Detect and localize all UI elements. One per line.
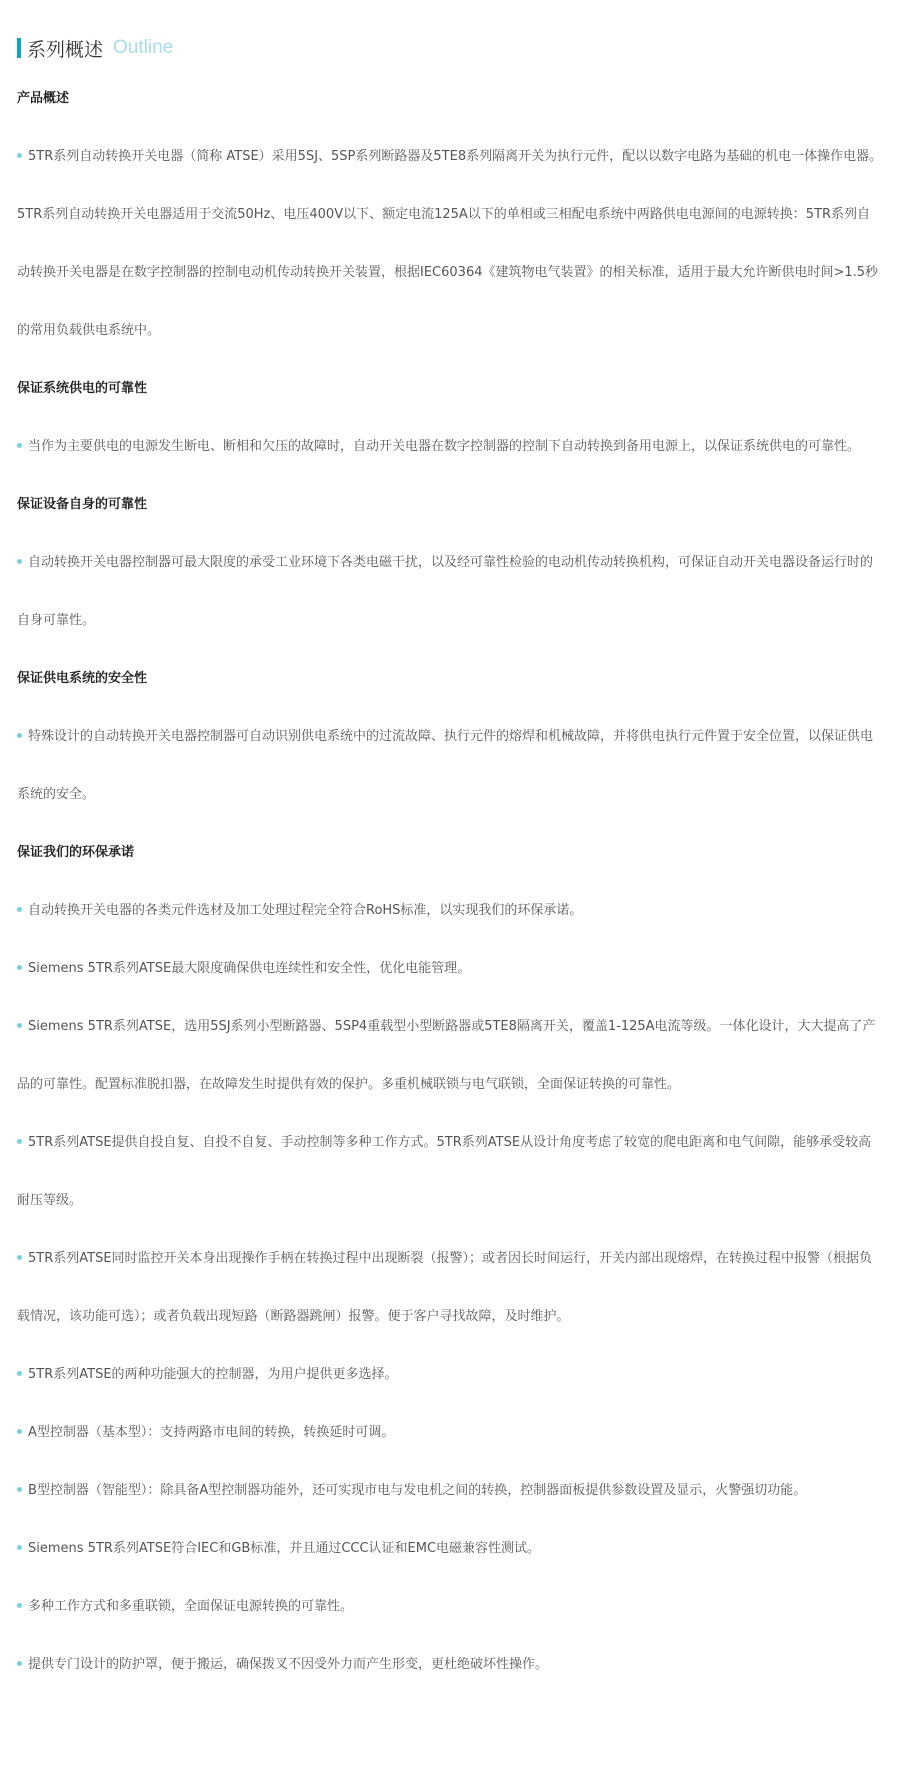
paragraph: 当作为主要供电的电源发生断电、断相和欠压的故障时，自动开关电器在数字控制器的控制… xyxy=(17,418,883,476)
bullet-icon xyxy=(17,907,22,912)
bullet-icon xyxy=(17,1545,22,1550)
bullet-icon xyxy=(17,153,22,158)
bullet-icon xyxy=(17,1661,22,1666)
paragraph: B型控制器（智能型）：除具备A型控制器功能外，还可实现市电与发电机之间的转换，控… xyxy=(17,1462,883,1520)
outline-page: 系列概述 Outline 产品概述 5TR系列自动转换开关电器（简称 ATSE）… xyxy=(0,34,900,1694)
paragraph-text: B型控制器（智能型）：除具备A型控制器功能外，还可实现市电与发电机之间的转换，控… xyxy=(28,1483,806,1498)
paragraph: 自动转换开关电器的各类元件选材及加工处理过程完全符合RoHS标准，以实现我们的环… xyxy=(17,882,883,940)
paragraph: 5TR系列自动转换开关电器（简称 ATSE）采用5SJ、5SP系列断路器及5TE… xyxy=(17,128,883,360)
paragraph: Siemens 5TR系列ATSE符合IEC和GB标准，并且通过CCC认证和EM… xyxy=(17,1520,883,1578)
section-subtitle: Outline xyxy=(113,37,173,59)
paragraph-text: 5TR系列ATSE提供自投自复、自投不自复、手动控制等多种工作方式。5TR系列A… xyxy=(17,1135,871,1208)
bullet-icon xyxy=(17,1429,22,1434)
paragraph-text: 5TR系列ATSE的两种功能强大的控制器，为用户提供更多选择。 xyxy=(28,1367,398,1382)
bullet-icon xyxy=(17,559,22,564)
paragraph: 自动转换开关电器控制器可最大限度的承受工业环境下各类电磁干扰，以及经可靠性检验的… xyxy=(17,534,883,650)
section-heading: 保证我们的环保承诺 xyxy=(17,824,883,882)
paragraph-text: Siemens 5TR系列ATSE，选用5SJ系列小型断路器、5SP4重载型小型… xyxy=(17,1019,876,1092)
paragraph-text: A型控制器（基本型）：支持两路市电间的转换，转换延时可调。 xyxy=(28,1425,394,1440)
paragraph-text: Siemens 5TR系列ATSE符合IEC和GB标准，并且通过CCC认证和EM… xyxy=(28,1541,540,1556)
outline-content: 产品概述 5TR系列自动转换开关电器（简称 ATSE）采用5SJ、5SP系列断路… xyxy=(17,70,883,1694)
bullet-icon xyxy=(17,1603,22,1608)
paragraph-text: 5TR系列自动转换开关电器（简称 ATSE）采用5SJ、5SP系列断路器及5TE… xyxy=(17,149,882,338)
paragraph-text: 5TR系列ATSE同时监控开关本身出现操作手柄在转换过程中出现断裂（报警）；或者… xyxy=(17,1251,872,1324)
section-heading: 保证设备自身的可靠性 xyxy=(17,476,883,534)
paragraph: 5TR系列ATSE的两种功能强大的控制器，为用户提供更多选择。 xyxy=(17,1346,883,1404)
section-heading: 保证供电系统的安全性 xyxy=(17,650,883,708)
paragraph: A型控制器（基本型）：支持两路市电间的转换，转换延时可调。 xyxy=(17,1404,883,1462)
paragraph: Siemens 5TR系列ATSE最大限度确保供电连续性和安全性，优化电能管理。 xyxy=(17,940,883,998)
paragraph: 多种工作方式和多重联锁，全面保证电源转换的可靠性。 xyxy=(17,1578,883,1636)
bullet-icon xyxy=(17,733,22,738)
section-heading: 产品概述 xyxy=(17,70,883,128)
paragraph: 5TR系列ATSE提供自投自复、自投不自复、手动控制等多种工作方式。5TR系列A… xyxy=(17,1114,883,1230)
paragraph: 提供专门设计的防护罩，便于搬运，确保拨叉不因受外力而产生形变，更杜绝破坏性操作。 xyxy=(17,1636,883,1694)
paragraph-text: 提供专门设计的防护罩，便于搬运，确保拨叉不因受外力而产生形变，更杜绝破坏性操作。 xyxy=(28,1657,548,1672)
bullet-icon xyxy=(17,1371,22,1376)
paragraph-text: 特殊设计的自动转换开关电器控制器可自动识别供电系统中的过流故障、执行元件的熔焊和… xyxy=(17,729,873,802)
bullet-icon xyxy=(17,965,22,970)
paragraph-text: 自动转换开关电器控制器可最大限度的承受工业环境下各类电磁干扰，以及经可靠性检验的… xyxy=(17,555,873,628)
bullet-icon xyxy=(17,1255,22,1260)
paragraph-text: Siemens 5TR系列ATSE最大限度确保供电连续性和安全性，优化电能管理。 xyxy=(28,961,470,976)
bullet-icon xyxy=(17,1023,22,1028)
paragraph-text: 当作为主要供电的电源发生断电、断相和欠压的故障时，自动开关电器在数字控制器的控制… xyxy=(28,439,860,454)
bullet-icon xyxy=(17,1487,22,1492)
paragraph: 特殊设计的自动转换开关电器控制器可自动识别供电系统中的过流故障、执行元件的熔焊和… xyxy=(17,708,883,824)
paragraph: 5TR系列ATSE同时监控开关本身出现操作手柄在转换过程中出现断裂（报警）；或者… xyxy=(17,1230,883,1346)
bullet-icon xyxy=(17,443,22,448)
paragraph-text: 自动转换开关电器的各类元件选材及加工处理过程完全符合RoHS标准，以实现我们的环… xyxy=(28,903,582,918)
paragraph: Siemens 5TR系列ATSE，选用5SJ系列小型断路器、5SP4重载型小型… xyxy=(17,998,883,1114)
bullet-icon xyxy=(17,1139,22,1144)
section-heading: 保证系统供电的可靠性 xyxy=(17,360,883,418)
section-header: 系列概述 Outline xyxy=(17,34,883,62)
paragraph-text: 多种工作方式和多重联锁，全面保证电源转换的可靠性。 xyxy=(28,1599,353,1614)
section-title: 系列概述 xyxy=(27,35,103,62)
accent-bar xyxy=(17,38,21,58)
